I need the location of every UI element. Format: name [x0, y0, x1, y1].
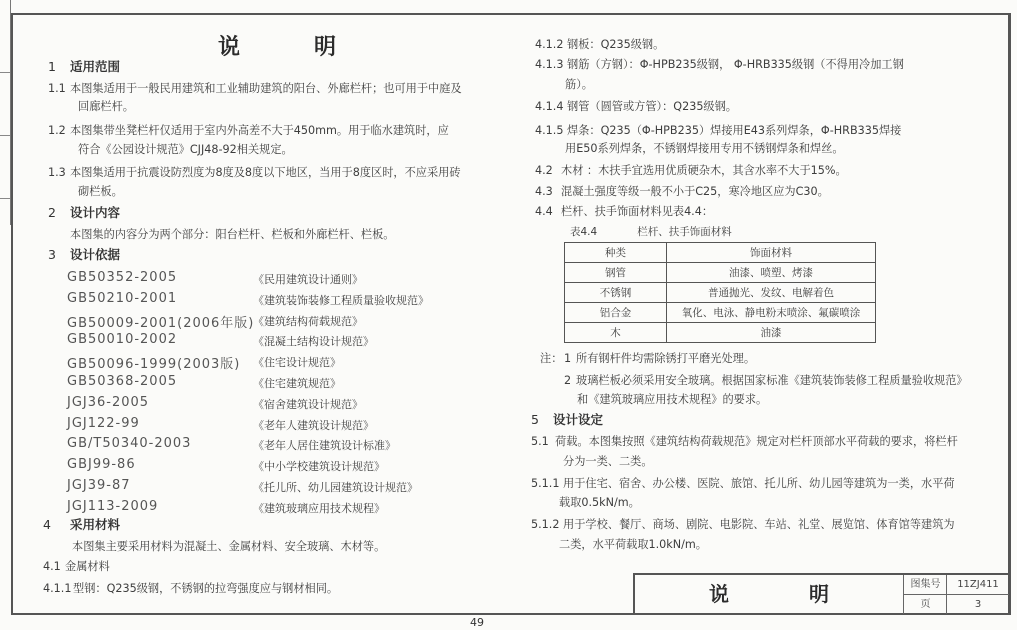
section-4-heading: 4采用材料: [43, 518, 120, 532]
section-3-heading: 3设计依据: [48, 248, 120, 262]
reference-name: 《建筑玻璃应用技术规程》: [253, 500, 385, 516]
reference-name: 《混凝土结构设计规范》: [253, 333, 374, 349]
item-5-1-cont: 分为一类、二类。: [563, 455, 653, 469]
reference-name: 《宿舍建筑设计规范》: [253, 396, 363, 412]
item-4-1-4: 4.1.4钢管（圆管或方管）：Q235级钢。: [535, 100, 737, 114]
item-4-4: 4.4栏杆、扶手饰面材料见表4.4：: [535, 205, 713, 219]
item-5-1-2: 5.1.2用于学校、餐厅、商场、剧院、电影院、车站、礼堂、展览馆、体育馆等建筑为: [531, 518, 955, 532]
item-4-1-1: 4.1.1型钢：Q235级钢，不锈钢的拉弯强度应与钢材相同。: [43, 582, 338, 596]
item-5-1-1-cont: 载取0.5kN/m。: [559, 496, 640, 510]
strip-divider: [0, 72, 10, 73]
item-5-1-1: 5.1.1用于住宅、宿舍、办公楼、医院、旅馆、托儿所、幼儿园等建筑为一类，水平荷: [531, 477, 955, 491]
reference-code: JGJ113-2009: [67, 499, 158, 514]
category-cell: 种类: [565, 243, 667, 263]
reference-code: JGJ36-2005: [67, 395, 149, 410]
page-title: 说 明: [218, 30, 362, 61]
finish-materials-table: 种类饰面材料钢管油漆、喷塑、烤漆不锈钢普通抛光、发纹、电解着色铝合金氧化、电泳、…: [564, 242, 876, 343]
reference-code: GBJ99-86: [67, 457, 136, 472]
reference-name: 《建筑结构荷载规范》: [253, 313, 363, 329]
section-2-text: 本图集的内容分为两个部分：阳台栏杆、栏板和外廊栏杆、栏板。: [70, 228, 394, 242]
finish-cell: 饰面材料: [667, 243, 876, 263]
item-4-1-3-cont: 筋）。: [565, 78, 593, 92]
finish-cell: 氧化、电泳、静电粉末喷涂、氟碳喷涂: [667, 303, 876, 323]
title-block: 说 明 图集号 11ZJ411 页 3: [633, 573, 1008, 613]
note-2-cont: 和《建筑玻璃应用技术规程》的要求。: [577, 393, 767, 407]
item-4-3: 4.3混凝土强度等级一般不小于C25，寒冷地区应为C30。: [535, 185, 829, 199]
reference-code: GB50352-2005: [67, 270, 177, 285]
table-header-row: 种类饰面材料: [565, 243, 876, 263]
category-cell: 钢管: [565, 263, 667, 283]
table-row: 钢管油漆、喷塑、烤漆: [565, 263, 876, 283]
section-2-heading: 2设计内容: [48, 206, 120, 220]
table-caption: 表4.4栏杆、扶手饰面材料: [570, 224, 732, 239]
item-1-1-cont: 回廊栏杆。: [78, 100, 134, 114]
reference-code: JGJ39-87: [67, 478, 131, 493]
reference-name: 《住宅建筑规范》: [253, 375, 341, 391]
reference-code: GB50096-1999(2003版): [67, 353, 240, 372]
reference-code: GB50368-2005: [67, 374, 177, 389]
item-4-1-3: 4.1.3钢筋（方钢）：Φ-HPB235级钢， Φ-HRB335级钢（不得用冷加…: [535, 58, 904, 72]
strip-divider: [0, 135, 10, 136]
section-5-heading: 5设计设定: [531, 413, 603, 427]
reference-code: GB50009-2001(2006年版): [67, 312, 254, 331]
atlas-number-value: 11ZJ411: [946, 575, 1009, 594]
atlas-number-label: 图集号: [903, 575, 947, 594]
item-1-3: 1.3本图集适用于抗震设防烈度为8度及8度以下地区，当用于8度区时，不应采用砖: [48, 166, 461, 180]
table-row: 不锈钢普通抛光、发纹、电解着色: [565, 283, 876, 303]
reference-name: 《老年人居住建筑设计标准》: [253, 437, 396, 453]
page-value: 3: [946, 594, 1009, 614]
note-1: 注：1所有钢杆件均需除锈打平磨光处理。: [540, 352, 755, 366]
page-label: 页: [903, 594, 947, 614]
finish-cell: 普通抛光、发纹、电解着色: [667, 283, 876, 303]
item-4-1-5: 4.1.5焊条：Q235（Φ-HPB235）焊接用E43系列焊条，Φ-HRB33…: [535, 124, 901, 138]
item-4-1-2: 4.1.2钢板：Q235级钢。: [535, 38, 664, 52]
item-5-1-2-cont: 二类，水平荷载取1.0kN/m。: [559, 538, 707, 552]
note-2: 2玻璃栏板必须采用安全玻璃。根据国家标准《建筑装饰装修工程质量验收规范》: [564, 374, 968, 388]
item-1-2-cont: 符合《公园设计规范》CJJ48-92相关规定。: [78, 143, 293, 157]
reference-name: 《中小学校建筑设计规范》: [253, 458, 385, 474]
reference-name: 《托儿所、幼儿园建筑设计规范》: [253, 479, 418, 495]
strip-divider: [0, 198, 10, 199]
finish-cell: 油漆、喷塑、烤漆: [667, 263, 876, 283]
reference-name: 《建筑装饰装修工程质量验收规范》: [253, 292, 429, 308]
section-4-text: 本图集主要采用材料为混凝土、金属材料、安全玻璃、木材等。: [72, 540, 385, 554]
category-cell: 木: [565, 323, 667, 343]
item-4-1-5-cont: 用E50系列焊条，不锈钢焊接用专用不锈钢焊条和焊丝。: [565, 142, 844, 156]
title-block-title: 说 明: [635, 575, 903, 613]
reference-name: 《住宅设计规范》: [253, 354, 341, 370]
item-5-1: 5.1荷载。本图集按照《建筑结构荷载规范》规定对栏杆顶部水平荷载的要求，将栏杆: [531, 435, 958, 449]
table-row: 木油漆: [565, 323, 876, 343]
page-number: 49: [470, 616, 484, 629]
item-1-2: 1.2本图集带坐凳栏杆仅适用于室内外高差不大于450mm。用于临水建筑时，应: [48, 124, 449, 138]
reference-code: GB50210-2001: [67, 291, 177, 306]
reference-code: JGJ122-99: [67, 416, 140, 431]
reference-code: GB50010-2002: [67, 332, 177, 347]
reference-name: 《老年人建筑设计规范》: [253, 417, 374, 433]
table-row: 铝合金氧化、电泳、静电粉末喷涂、氟碳喷涂: [565, 303, 876, 323]
reference-name: 《民用建筑设计通则》: [253, 271, 363, 287]
item-1-1: 1.1本图集适用于一般民用建筑和工业辅助建筑的阳台、外廊栏杆；也可用于中庭及: [48, 82, 462, 96]
binding-margin-strip: [0, 0, 11, 225]
finish-cell: 油漆: [667, 323, 876, 343]
category-cell: 不锈钢: [565, 283, 667, 303]
section-1-heading: 1适用范围: [48, 60, 120, 74]
item-4-1: 4.1金属材料: [43, 560, 110, 574]
item-4-2: 4.2木材 ：木扶手宜选用优质硬杂木，其含水率不大于15%。: [535, 164, 847, 178]
reference-code: GB/T50340-2003: [67, 436, 191, 451]
item-1-3-cont: 砌栏板。: [78, 185, 123, 199]
category-cell: 铝合金: [565, 303, 667, 323]
